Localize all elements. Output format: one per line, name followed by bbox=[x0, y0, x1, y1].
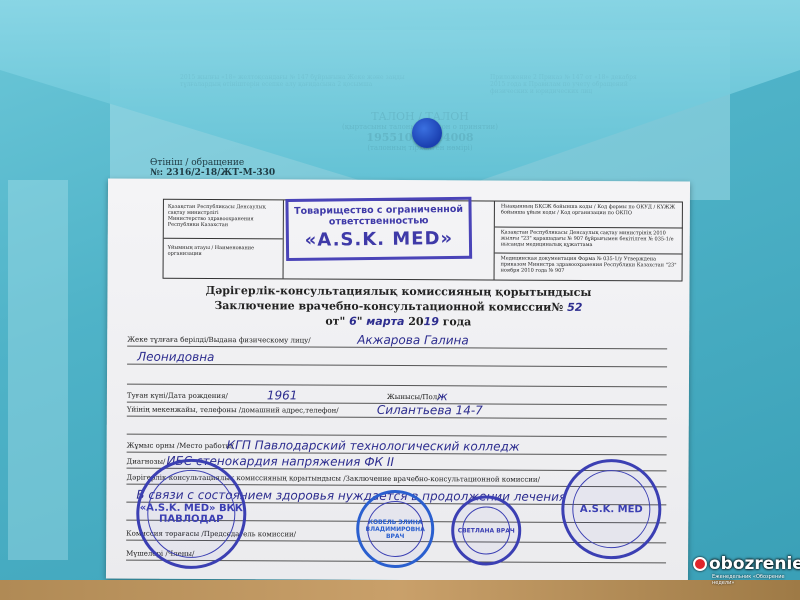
field-label: Диагнозы/ bbox=[127, 458, 166, 466]
logo-text: obozrenie.kz bbox=[709, 554, 800, 574]
appeal-number: №: 2316/2-18/ЖТ-М-330 bbox=[150, 168, 275, 178]
date-suffix: года bbox=[443, 315, 472, 328]
title-ru-line: Заключение врачебно-консультационной ком… bbox=[107, 298, 689, 314]
round-stamp-doctor-1: КОВЕЛЬ ЭЛИНА ВЛАДИМИРОВНА ВРАЧ bbox=[356, 490, 434, 568]
conclusion-number: 52 bbox=[567, 301, 582, 314]
field-issued-to: Жеке тұлғаға берілді/Выдана физическому … bbox=[127, 331, 667, 350]
title-kz: Дәрігерлік-консультациялық комиссияның қ… bbox=[107, 283, 689, 299]
date-year-prefix: 20 bbox=[408, 315, 423, 328]
field-label: Туған күні/Дата рождения/ bbox=[127, 392, 228, 401]
logo-tagline: Еженедельник «Обозрение недели» bbox=[712, 574, 800, 586]
header-right: Ныақынның БҚСЖ бойынша коды / Код формы … bbox=[494, 201, 683, 280]
field-blank-2 bbox=[127, 419, 667, 438]
round-stamp-doctor-2: СВЕТЛАНА ВРАЧ bbox=[451, 495, 521, 565]
stamp-line-3: «A.S.K. MED» bbox=[289, 228, 469, 251]
form-code-cell: Ныақынның БҚСЖ бойынша коды / Код формы … bbox=[495, 202, 683, 229]
field-label: Үйінің мекенжайы, телефоны /домашний адр… bbox=[127, 406, 339, 415]
field-blank bbox=[127, 369, 667, 388]
date-year-suffix: 19 bbox=[424, 315, 439, 328]
stamp-text: A.S.K. MED bbox=[580, 503, 643, 514]
left-document-edge bbox=[8, 180, 68, 560]
logo-eye-icon bbox=[693, 557, 707, 571]
header-left: Қазақстан Республикасы Денсаулық сақтау … bbox=[164, 200, 284, 279]
appeal-label: Өтініш / обращение bbox=[150, 158, 275, 168]
title-ru: Заключение врачебно-консультационной ком… bbox=[214, 299, 563, 314]
field-value: Акжарова Галина bbox=[357, 333, 469, 348]
field-value: ж bbox=[437, 389, 448, 403]
stamp-text: СВЕТЛАНА ВРАЧ bbox=[458, 527, 515, 534]
field-label: Жеке тұлғаға берілді/Выдана физическому … bbox=[127, 336, 310, 345]
folder-button-clasp bbox=[412, 118, 442, 148]
field-value: КГП Павлодарский технологический колледж bbox=[227, 438, 520, 454]
appeal-block: Өтініш / обращение №: 2316/2-18/ЖТ-М-330 bbox=[150, 158, 275, 178]
field-address: Үйінің мекенжайы, телефоны /домашний адр… bbox=[127, 401, 667, 420]
date-month: марта bbox=[366, 315, 404, 328]
watermark-logo: obozrenie.kz bbox=[693, 553, 800, 575]
wooden-table bbox=[0, 580, 800, 600]
field-value: Леонидовна bbox=[137, 350, 214, 364]
field-label: Жұмыс орны /Место работы/ bbox=[127, 442, 234, 451]
date-day: 6 bbox=[349, 315, 357, 328]
date-line: от" 6" марта 2019 года bbox=[107, 313, 689, 329]
order-kz-cell: Қазақстан Республикасы Денсаулық сақтау … bbox=[495, 227, 683, 254]
round-stamp-vkk: «A.S.K. MED» ВКК ПАВЛОДАР bbox=[136, 459, 247, 570]
stamp-line-2: ответственностью bbox=[289, 215, 469, 228]
org-name-label: Ұйымның атауы / Наименование организации bbox=[164, 239, 283, 264]
company-rect-stamp: Товарищество с ограниченной ответственно… bbox=[285, 197, 472, 261]
org-kz: Қазақстан Республикасы Денсаулық сақтау … bbox=[168, 204, 279, 217]
field-issued-to-cont: Леонидовна bbox=[127, 349, 667, 368]
field-value: Силантьева 14-7 bbox=[377, 403, 483, 418]
stamp-text: КОВЕЛЬ ЭЛИНА ВЛАДИМИРОВНА ВРАЧ bbox=[359, 518, 431, 539]
order-ru-cell: Медицинская документация Форма № 035-1/у… bbox=[495, 253, 683, 280]
org-ru: Министерство здравоохранения Республики … bbox=[168, 216, 279, 229]
stamp-text: «A.S.K. MED» ВКК ПАВЛОДАР bbox=[139, 503, 243, 526]
field-label: Жынысы/Пол/ bbox=[387, 393, 440, 401]
round-stamp-company: A.S.K. MED bbox=[561, 459, 662, 560]
right-document-text bbox=[690, 120, 800, 560]
date-prefix: от" bbox=[325, 315, 345, 328]
commission-conclusion-form: Қазақстан Республикасы Денсаулық сақтау … bbox=[106, 178, 690, 581]
